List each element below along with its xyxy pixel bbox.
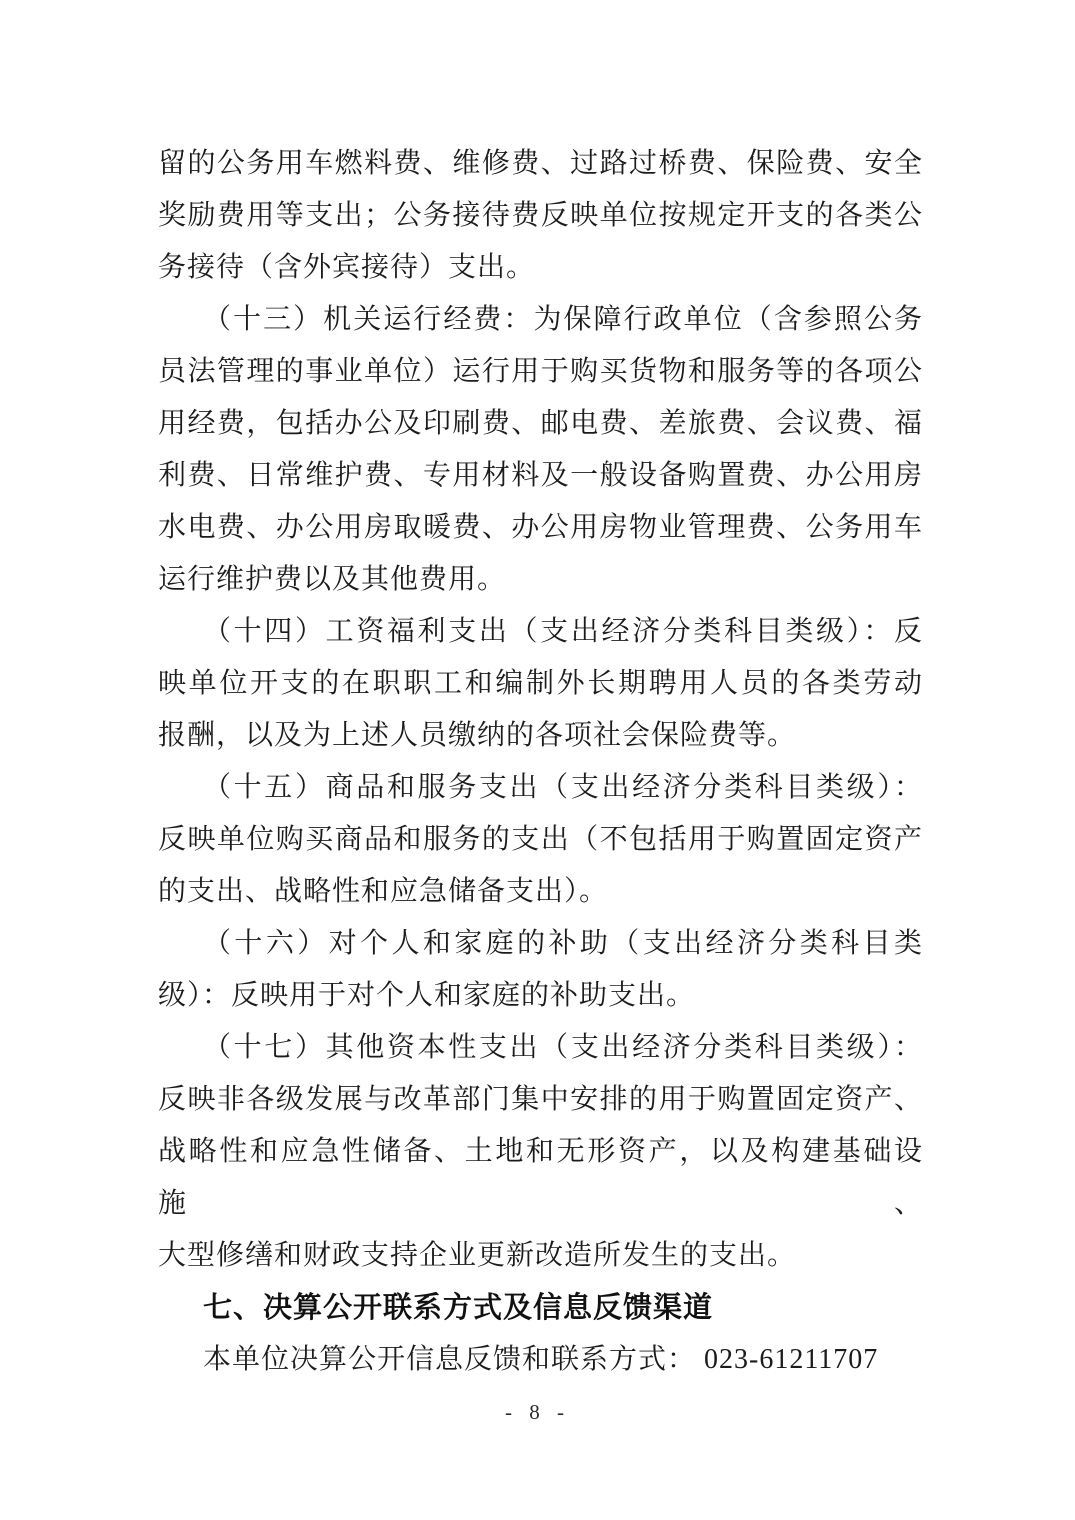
text-line: （十七）其他资本性支出（支出经济分类科目类级）： [158,1022,923,1074]
text-line: （十五）商品和服务支出（支出经济分类科目类级）： [158,762,923,814]
text-line: 级）：反映用于对个人和家庭的补助支出。 [158,970,923,1022]
text-line: 本单位决算公开信息反馈和联系方式： 023-61211707 [158,1334,923,1386]
page-number: - 8 - [0,1400,1075,1425]
text-line: 水电费、办公用房取暖费、办公用房物业管理费、公务用车 [158,502,923,554]
text-line: 用经费，包括办公及印刷费、邮电费、差旅费、会议费、福 [158,398,923,450]
document-body: 留的公务用车燃料费、维修费、过路过桥费、保险费、安全奖励费用等支出；公务接待费反… [158,138,923,1386]
text-line: 运行维护费以及其他费用。 [158,554,923,606]
text-line: 的支出、战略性和应急储备支出）。 [158,866,923,918]
text-line: 报酬，以及为上述人员缴纳的各项社会保险费等。 [158,710,923,762]
text-line: 留的公务用车燃料费、维修费、过路过桥费、保险费、安全 [158,138,923,190]
text-line: 利费、日常维护费、专用材料及一般设备购置费、办公用房 [158,450,923,502]
text-line: 反映单位购买商品和服务的支出（不包括用于购置固定资产 [158,814,923,866]
document-page: 留的公务用车燃料费、维修费、过路过桥费、保险费、安全奖励费用等支出；公务接待费反… [0,0,1075,1520]
text-line: （十六）对个人和家庭的补助（支出经济分类科目类 [158,918,923,970]
text-line: 奖励费用等支出；公务接待费反映单位按规定开支的各类公 [158,190,923,242]
text-line: （十三）机关运行经费：为保障行政单位（含参照公务 [158,294,923,346]
section-heading: 七、决算公开联系方式及信息反馈渠道 [158,1282,923,1334]
text-line: 务接待（含外宾接待）支出。 [158,242,923,294]
text-line: 大型修缮和财政支持企业更新改造所发生的支出。 [158,1230,923,1282]
text-line: 反映非各级发展与改革部门集中安排的用于购置固定资产、 [158,1074,923,1126]
text-line: （十四）工资福利支出（支出经济分类科目类级）：反 [158,606,923,658]
text-line: 员法管理的事业单位）运行用于购买货物和服务等的各项公 [158,346,923,398]
text-line: 映单位开支的在职职工和编制外长期聘用人员的各类劳动 [158,658,923,710]
text-line: 战略性和应急性储备、土地和无形资产，以及构建基础设施、 [158,1126,923,1230]
